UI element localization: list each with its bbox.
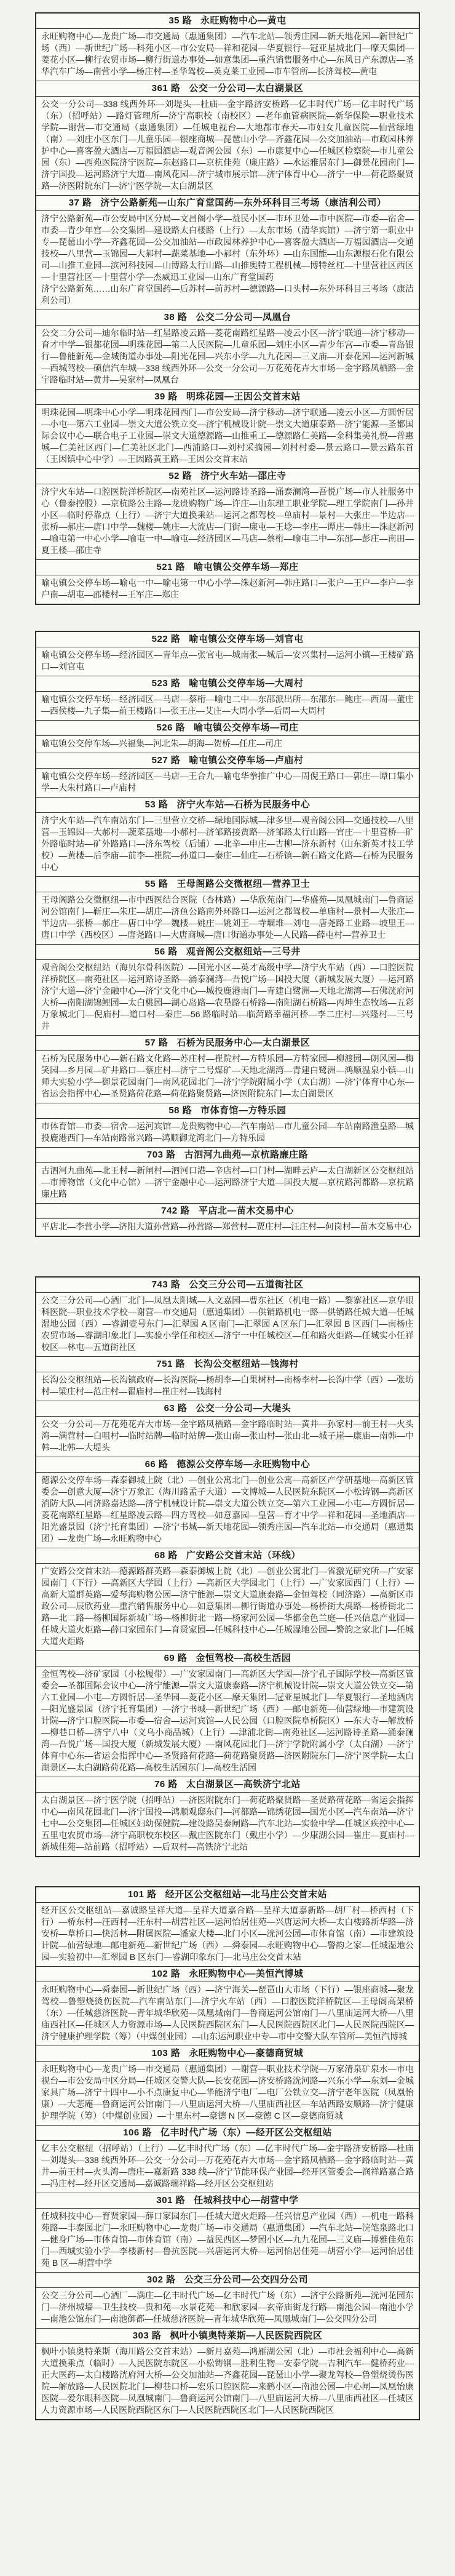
route-section: 68 路广安路公交首末站（环线）广安路公交首末站—德源路群英路—森泰御城上院（北… [36,1548,419,1651]
route-number: 303 路 [133,2330,162,2341]
stops-paragraph: 亿丰公交枢纽（招呼站）（上行）—亿丰时代广场（东）—亿丰时代广场—金宇路济安桥路… [41,2143,414,2190]
route-name: 公交二分公司—凤凰台 [196,312,291,322]
route-header: 521 路喻屯镇公交停车场—郑庄 [36,560,419,575]
route-header: 55 路王母阁路公交微枢纽—营养卫士 [36,877,419,892]
route-header: 52 路济宁火车站—邵庄寺 [36,469,419,484]
route-name: 永旺购物中心—黄屯 [200,15,287,26]
stops-paragraph: 喻屯镇公交停车场—兴福集—河北朱—胡海—贺桥—任庄—司庄 [41,738,414,750]
route-header: 35 路永旺购物中心—黄屯 [36,14,419,29]
route-number: 69 路 [164,1653,188,1663]
route-table-block: 743 路公交三分公司—五道街社区公交三分公司—心酒厂北门—凤凰太阳城—人文嘉园… [35,1276,420,1857]
stops-paragraph: 喻屯镇公交停车场—经济园区—青年点—张官屯—城南张—城后—安兴集村—运河小镇—王… [41,649,414,673]
route-header: 53 路济宁火车站—石桥为民服务中心 [36,798,419,813]
route-section: 57 路石桥为民服务中心—太白湖景区石桥为民服务中心—新石路文化路—苏庄村—崔院… [36,1036,419,1103]
route-name: 长沟公交枢纽站—钱海村 [194,1359,299,1369]
stops-paragraph: 喻屯镇公交停车场—经济园区—马店—王合九—喻屯华拳推广中心—周倪王路口—郭庄—谭… [41,770,414,794]
route-number: 57 路 [145,1038,168,1048]
stops-paragraph: 市体育馆—市委—宿舍—运河宾馆—龙贵购物中心—汽车南站—市儿童公园—车站南路渔皇… [41,1121,414,1144]
document-page: 35 路永旺购物中心—黄屯永旺购物中心—龙贵广场—市交通局（惠通集团）—汽车北站… [0,0,455,2576]
route-number: 751 路 [156,1359,185,1369]
route-stops: 永旺购物中心—龙贵广场—市交通局（惠通集团）—谢营—职业技术学院—万家清泉矿泉水… [36,2062,419,2125]
route-number: 523 路 [152,678,181,689]
route-name: 公交三分公司—公交四分公司 [184,2274,309,2285]
route-section: 53 路济宁火车站—石桥为民服务中心济宁火车站—汽车南站东门—三里营立交桥—绿地… [36,798,419,877]
route-section: 39 路明珠花园—王因公交首末站明珠花园—明珠中心小学—明珠花园西门—市公安局—… [36,390,419,469]
route-stops: 王母阁路公交微枢纽—市中西医结合医院（杏林路）—华欣苑南门—华盛苑—凤凰城南门—… [36,892,419,944]
route-number: 63 路 [164,1403,188,1414]
route-table-block: 101 路经开区公交枢纽站—北马庄公交首末站经开区公交枢纽站—嘉诚路呈祥大道—呈… [35,1886,420,2420]
route-section: 35 路永旺购物中心—黄屯永旺购物中心—龙贵广场—市交通局（惠通集团）—汽车北站… [36,14,419,81]
route-name: 金恒驾校—高校生活园 [196,1653,291,1663]
route-section: 103 路永旺购物中心—豪德商贸城永旺购物中心—龙贵广场—市交通局（惠通集团）—… [36,2046,419,2126]
stops-paragraph: 金恒驾校—济矿家园（小松履带）—广安家园南门—高新区大学园—济宁孔子国际学校—高… [41,1668,414,1774]
stops-paragraph: 任城科技中心—育贤家园—薛口家园东门—任城大道火炬路—任兴信息产业园（西）—机电… [41,2210,414,2269]
route-header: 361 路公交一分公司—太白湖景区 [36,81,419,97]
route-number: 703 路 [147,1150,176,1160]
route-number: 106 路 [123,2127,152,2138]
stops-paragraph: 枫叶小镇奥特莱斯（海川路公交首末站）—新月嘉苑—鸿雁湖公园（北）—市社会福利中心… [41,2346,414,2416]
route-section: 63 路公交一分公司—大堤头公交一分公司—万花苑花卉大市场—金宇路凤栖路—金宇路… [36,1401,419,1457]
route-number: 742 路 [161,1206,190,1216]
route-stops: 喻屯镇公交停车场—经济园区—马店—王合九—喻屯华拳推广中心—周倪王路口—郭庄—谭… [36,769,419,797]
route-section: 522 路喻屯镇公交停车场—刘官屯喻屯镇公交停车场—经济园区—青年点—张官屯—城… [36,632,419,676]
route-stops: 太白湖景区—济宁医学院（招呼站）—济医附院东门—荷花路聚贤路—圣贤路荷花路—省运… [36,1793,419,1856]
route-section: 37 路济宁公路新苑—山东广育堂国药—东外环科目三考场（康洁利公司）济宁公路新苑… [36,196,419,310]
route-name: 公交三分公司—五道街社区 [189,1279,303,1290]
route-section: 743 路公交三分公司—五道街社区公交三分公司—心酒厂北门—凤凰太阳城—人文嘉园… [36,1278,419,1357]
route-header: 302 路公交三分公司—公交四分公司 [36,2273,419,2288]
route-header: 742 路平店北—苗木交易中心 [36,1204,419,1219]
stops-paragraph: 广安路公交首末站—德源路群英路—森泰御城上院（北）—创业公寓北门—省激光研究所—… [41,1566,414,1647]
route-header: 522 路喻屯镇公交停车场—刘官屯 [36,632,419,647]
route-section: 69 路金恒驾校—高校生活园金恒驾校—济矿家园（小松履带）—广安家园南门—高新区… [36,1651,419,1777]
stops-paragraph: 石桥为民服务中心—新石路文化路—苏庄村—崔院村—方特乐园—方特家园—柳渡园—朗风… [41,1053,414,1100]
stops-paragraph: 喻屯镇公交停车场—喻屯一中—喻屯第一中心小学—洙赵新河—韩庄路口—张户—王户—李… [41,577,414,601]
stops-paragraph: 喻屯镇公交停车场—经济园区—马店—蔡桁—喻屯二中—东邵派出所—东邵东—鲍庄—西周… [41,694,414,717]
route-number: 39 路 [154,391,178,402]
route-section: 66 路德源公交停车场—永旺购物中心德源公交停车场—森泰御城上院（北）—创业公寓… [36,1457,419,1548]
route-name: 太白湖景区—高铁济宁北站 [186,1779,301,1790]
route-section: 52 路济宁火车站—邵庄寺济宁火车站—口腔医院洋桥院区—南苑社区—运河路诗圣路—… [36,469,419,560]
route-number: 526 路 [156,722,185,733]
stops-paragraph: 济宁火车站—汽车南站东门—三里营立交桥—绿地国际城—津多里—观音阁公园—交通技校… [41,815,414,873]
stops-paragraph: 公交二分公司—迪尔临时站—红星路凌云路—菱花南路红星路—凌云小区—济宁联通—济宁… [41,327,414,386]
stops-paragraph: 济宁火车站—口腔医院洋桥院区—南苑社区—运河路诗圣路—涌泰澜湾—吾悦广场—市人社… [41,486,414,556]
route-number: 522 路 [152,634,181,644]
route-number: 743 路 [152,1279,181,1290]
route-name: 喻屯镇公交停车场—刘官屯 [189,634,303,644]
route-table-block: 522 路喻屯镇公交停车场—刘官屯喻屯镇公交停车场—经济园区—青年点—张官屯—城… [35,631,420,1237]
route-stops: 公交二分公司—迪尔临时站—红星路凌云路—菱花南路红星路—凌云小区—济宁联通—济宁… [36,326,419,389]
stops-paragraph: 德源公交停车场—森泰御城上院（北）—创业公寓北门—创业公寓—高新区产学研基地—高… [41,1474,414,1545]
route-header: 37 路济宁公路新苑—山东广育堂国药—东外环科目三考场（康洁利公司） [36,196,419,211]
route-header: 102 路永旺购物中心—美恒汽博城 [36,1967,419,1982]
route-stops: 济宁火车站—汽车南站东门—三里营立交桥—绿地国际城—津多里—观音阁公园—交通技校… [36,813,419,876]
route-stops: 古泗河九曲苑—北王村—新闸村—泗河口港—辛店村—口门村—湖畔云庐—太白湖新区公交… [36,1163,419,1203]
route-name: 永旺购物中心—美恒汽博城 [189,1969,303,1979]
route-header: 63 路公交一分公司—大堤头 [36,1401,419,1417]
route-section: 38 路公交二分公司—凤凰台公交二分公司—迪尔临时站—红星路凌云路—菱花南路红星… [36,310,419,390]
route-stops: 公交一分公司—万花苑花卉大市场—金宇路凤栖路—金宇路临时站—黄井—孙家村—前王村… [36,1417,419,1457]
stops-paragraph: 王母阁路公交微枢纽—市中西医结合医院（杏林路）—华欣苑南门—华盛苑—凤凰城南门—… [41,894,414,941]
route-stops: 公交三分公司—心酒厂—满庄—亿丰时代广场—亿丰时代广场（东）—济宁公路新苑—洸河… [36,2288,419,2328]
route-header: 58 路市体育馆—方特乐园 [36,1103,419,1119]
route-name: 任城科技中心—胡营中学 [194,2195,299,2206]
route-name: 永旺购物中心—豪德商贸城 [189,2048,303,2058]
route-header: 526 路喻屯镇公交停车场—司庄 [36,721,419,736]
route-header: 106 路亿丰时代广场（东）—经开区公交枢纽站 [36,2126,419,2141]
route-name: 济宁公路新苑—山东广育堂国药—东外环科目三考场（康洁利公司） [100,198,386,208]
route-name: 枫叶小镇奥特莱斯—人民医院西院区 [170,2330,322,2341]
stops-paragraph: 公交一分公司—万花苑花卉大市场—金宇路凤栖路—金宇路临时站—黄井—孙家村—前王村… [41,1418,414,1454]
route-name: 喻屯镇公交停车场—卢庙村 [189,755,303,766]
route-header: 751 路长沟公交枢纽站—钱海村 [36,1357,419,1372]
route-number: 102 路 [152,1969,181,1979]
route-name: 经开区公交枢纽站—北马庄公交首末站 [165,1889,328,1900]
route-section: 703 路古泗河九曲苑—京杭路廉庄路古泗河九曲苑—北王村—新闸村—泗河口港—辛店… [36,1148,419,1204]
route-number: 55 路 [145,879,168,889]
route-header: 39 路明珠花园—王因公交首末站 [36,390,419,405]
route-number: 56 路 [154,946,178,957]
route-header: 56 路观音阁公交枢纽站—三号井 [36,945,419,960]
route-stops: 喻屯镇公交停车场—喻屯一中—喻屯第一中心小学—洙赵新河—韩庄路口—张户—王户—李… [36,575,419,604]
route-header: 527 路喻屯镇公交停车场—卢庙村 [36,753,419,769]
route-stops: 德源公交停车场—森泰御城上院（北）—创业公寓北门—创业公寓—高新区产学研基地—高… [36,1473,419,1548]
route-name: 王母阁路公交微枢纽—营养卫士 [176,879,310,889]
stops-paragraph: 明珠花园—明珠中心小学—明珠花园西门—市公安局—济宁移动—济宁联通—凌云小区—方… [41,407,414,465]
route-number: 361 路 [152,83,181,94]
route-name: 公交一分公司—大堤头 [196,1403,291,1414]
route-section: 58 路市体育馆—方特乐园市体育馆—市委—宿舍—运河宾馆—龙贵购物中心—汽车南站… [36,1103,419,1148]
route-name: 济宁火车站—邵庄寺 [200,471,287,481]
stops-paragraph: 经开区公交枢纽站—嘉诚路呈祥大道—呈祥大道嘉合路—呈祥大道嘉新路—胡厂村—桥西村… [41,1905,414,1963]
route-name: 广安路公交首末站（环线） [186,1550,301,1561]
stops-paragraph: 永旺购物中心—龙贵广场—市交通局（惠通集团）—谢营—职业技术学院—万家清泉矿泉水… [41,2063,414,2122]
route-header: 66 路德源公交停车场—永旺购物中心 [36,1457,419,1473]
route-section: 521 路喻屯镇公交停车场—郑庄喻屯镇公交停车场—喻屯一中—喻屯第一中心小学—洙… [36,560,419,604]
route-name: 亿丰时代广场（东）—经开区公交枢纽站 [160,2127,332,2138]
route-stops: 济宁公路新苑—市公安局中区分局—文昌阁小学—益民小区—市环卫处—市中医院—市委—… [36,211,419,310]
route-header: 38 路公交二分公司—凤凰台 [36,310,419,326]
route-number: 302 路 [147,2274,176,2285]
route-stops: 明珠花园—明珠中心小学—明珠花园西门—市公安局—济宁移动—济宁联通—凌云小区—方… [36,405,419,468]
stops-paragraph: 永旺购物中心—龙贵广场—市交通局（惠通集团）—汽车北站—领秀庄园—新天地花园—新… [41,31,414,78]
route-stops: 永旺购物中心—龙贵广场—市交通局（惠通集团）—汽车北站—领秀庄园—新天地花园—新… [36,29,419,81]
route-name: 平店北—苗木交易中心 [199,1206,294,1216]
stops-paragraph: 观音阁公交枢纽站（海贝尔骨科医院）—国光小区—英才高级中学—济宁火车站（西）—口… [41,962,414,1032]
stops-paragraph: 永旺购物中心—舜泰园—新世纪广场（西）—济宁海关—琵琶山大市场（下行）—银座商城… [41,1984,414,2042]
route-section: 523 路喻屯镇公交停车场—大周村喻屯镇公交停车场—经济园区—马店—蔡桁—喻屯二… [36,676,419,721]
route-stops: 喻屯镇公交停车场—经济园区—马店—蔡桁—喻屯二中—东邵派出所—东邵东—鲍庄—西周… [36,692,419,720]
route-header: 68 路广安路公交首末站（环线） [36,1548,419,1564]
route-section: 102 路永旺购物中心—美恒汽博城永旺购物中心—舜泰园—新世纪广场（西）—济宁海… [36,1967,419,2046]
route-section: 303 路枫叶小镇奥特莱斯—人民医院西院区枫叶小镇奥特莱斯（海川路公交首末站）—… [36,2329,419,2419]
route-stops: 任城科技中心—育贤家园—薛口家园东门—任城大道火炬路—任兴信息产业园（西）—机电… [36,2209,419,2272]
route-name: 喻屯镇公交停车场—大周村 [189,678,303,689]
route-section: 742 路平店北—苗木交易中心平店北—李营小学—济阳大道孙营路—孙营路—郑营村—… [36,1204,419,1236]
route-number: 527 路 [152,755,181,766]
route-stops: 观音阁公交枢纽站（海贝尔骨科医院）—国光小区—英才高级中学—济宁火车站（西）—口… [36,960,419,1035]
route-number: 301 路 [156,2195,185,2206]
route-stops: 喻屯镇公交停车场—兴福集—河北朱—胡海—贺桥—任庄—司庄 [36,736,419,753]
route-header: 101 路经开区公交枢纽站—北马庄公交首末站 [36,1887,419,1903]
route-section: 301 路任城科技中心—胡营中学任城科技中心—育贤家园—薛口家园东门—任城大道火… [36,2193,419,2273]
route-section: 56 路观音阁公交枢纽站—三号井观音阁公交枢纽站（海贝尔骨科医院）—国光小区—英… [36,945,419,1036]
route-number: 101 路 [128,1889,157,1900]
route-tables-container: 35 路永旺购物中心—黄屯永旺购物中心—龙贵广场—市交通局（惠通集团）—汽车北站… [35,12,420,2420]
route-number: 103 路 [152,2048,181,2058]
stops-paragraph: 古泗河九曲苑—北王村—新闸村—泗河口港—辛店村—口门村—湖畔云庐—太白湖新区公交… [41,1165,414,1200]
route-header: 303 路枫叶小镇奥特莱斯—人民医院西院区 [36,2329,419,2344]
route-number: 53 路 [145,799,168,810]
stops-paragraph: 太白湖景区—济宁医学院（招呼站）—济医附院东门—荷花路聚贤路—圣贤路荷花路—省运… [41,1794,414,1853]
route-header: 301 路任城科技中心—胡营中学 [36,2193,419,2209]
route-section: 101 路经开区公交枢纽站—北马庄公交首末站经开区公交枢纽站—嘉诚路呈祥大道—呈… [36,1887,419,1967]
route-stops: 经开区公交枢纽站—嘉诚路呈祥大道—呈祥大道嘉合路—呈祥大道嘉新路—胡厂村—桥西村… [36,1903,419,1966]
route-stops: 亿丰公交枢纽（招呼站）（上行）—亿丰时代广场（东）—亿丰时代广场—金宇路济安桥路… [36,2141,419,2193]
route-table-block: 35 路永旺购物中心—黄屯永旺购物中心—龙贵广场—市交通局（惠通集团）—汽车北站… [35,12,420,605]
stops-paragraph: 长沟公交枢纽站—长沟镇政府—长沟医院—杨胡李—白果树村—南杨李村—长沟中学（西）… [41,1374,414,1398]
route-stops: 市体育馆—市委—宿舍—运河宾馆—龙贵购物中心—汽车南站—市儿童公园—车站南路渔皇… [36,1119,419,1147]
route-number: 68 路 [154,1550,178,1561]
route-header: 76 路太白湖景区—高铁济宁北站 [36,1777,419,1793]
stops-paragraph: 公交三分公司—心酒厂北门—凤凰太阳城—人文嘉园—曹东社区（机电一路）—黎寨社区—… [41,1295,414,1353]
stops-paragraph: 平店北—李营小学—济阳大道孙营路—孙营路—郑营村—贾庄村—汪庄村—何岗村—苗木交… [41,1221,414,1233]
route-number: 521 路 [156,562,185,572]
route-number: 58 路 [168,1105,192,1116]
stops-paragraph: 公交三分公司—心酒厂—满庄—亿丰时代广场—亿丰时代广场（东）—济宁公路新苑—洸河… [41,2290,414,2325]
route-stops: 公交三分公司—心酒厂北门—凤凰太阳城—人文嘉园—曹东社区（机电一路）—黎寨社区—… [36,1293,419,1356]
route-name: 喻屯镇公交停车场—司庄 [194,722,299,733]
route-number: 37 路 [69,198,92,208]
route-name: 济宁火车站—石桥为民服务中心 [176,799,310,810]
route-number: 35 路 [168,15,192,26]
route-name: 石桥为民服务中心—太白湖景区 [176,1038,310,1048]
route-name: 古泗河九曲苑—京杭路廉庄路 [184,1150,309,1160]
route-stops: 永旺购物中心—舜泰园—新世纪广场（西）—济宁海关—琵琶山大市场（下行）—银座商城… [36,1982,419,2046]
route-stops: 长沟公交枢纽站—长沟镇政府—长沟医院—杨胡李—白果树村—南杨李村—长沟中学（西）… [36,1372,419,1401]
route-section: 76 路太白湖景区—高铁济宁北站太白湖景区—济宁医学院（招呼站）—济医附院东门—… [36,1777,419,1856]
route-name: 喻屯镇公交停车场—郑庄 [194,562,299,572]
route-section: 106 路亿丰时代广场（东）—经开区公交枢纽站亿丰公交枢纽（招呼站）（上行）—亿… [36,2126,419,2193]
route-stops: 金恒驾校—济矿家园（小松履带）—广安家园南门—高新区大学园—济宁孔子国际学校—高… [36,1666,419,1777]
route-header: 523 路喻屯镇公交停车场—大周村 [36,676,419,692]
route-section: 527 路喻屯镇公交停车场—卢庙村喻屯镇公交停车场—经济园区—马店—王合九—喻屯… [36,753,419,798]
route-stops: 广安路公交首末站—德源路群英路—森泰御城上院（北）—创业公寓北门—省激光研究所—… [36,1564,419,1650]
route-header: 743 路公交三分公司—五道街社区 [36,1278,419,1293]
route-section: 55 路王母阁路公交微枢纽—营养卫士王母阁路公交微枢纽—市中西医结合医院（杏林路… [36,877,419,945]
stops-paragraph: 济宁公路新苑—市公安局中区分局—文昌阁小学—益民小区—市环卫处—市中医院—市委—… [41,213,414,283]
route-header: 703 路古泗河九曲苑—京杭路廉庄路 [36,1148,419,1163]
route-number: 76 路 [154,1779,178,1790]
route-header: 103 路永旺购物中心—豪德商贸城 [36,2046,419,2062]
route-header: 69 路金恒驾校—高校生活园 [36,1651,419,1666]
route-stops: 公交一分公司—338 线西外环—刘堤头—杜庙—金宇路济安桥路—亿丰时代广场—亿丰… [36,97,419,195]
route-stops: 石桥为民服务中心—新石路文化路—苏庄村—崔院村—方特乐园—方特家园—柳渡园—朗风… [36,1051,419,1103]
route-number: 66 路 [145,1459,168,1470]
route-stops: 济宁火车站—口腔医院洋桥院区—南苑社区—运河路诗圣路—涌泰澜湾—吾悦广场—市人社… [36,484,419,559]
route-number: 52 路 [168,471,192,481]
route-name: 观音阁公交枢纽站—三号井 [186,946,301,957]
route-name: 德源公交停车场—永旺购物中心 [176,1459,310,1470]
route-stops: 喻屯镇公交停车场—经济园区—青年点—张官屯—城南张—城后—安兴集村—运河小镇—王… [36,647,419,676]
route-name: 市体育馆—方特乐园 [200,1105,287,1116]
stops-paragraph: 公交一分公司—338 线西外环—刘堤头—杜庙—金宇路济安桥路—亿丰时代广场—亿丰… [41,98,414,192]
route-name: 公交一分公司—太白湖景区 [189,83,303,94]
stops-paragraph: 济宁公路新苑……山东广育堂国药—后苏村—前苏村—德源路—口头村—东外环科目三考场… [41,283,414,306]
route-header: 57 路石桥为民服务中心—太白湖景区 [36,1036,419,1051]
route-section: 361 路公交一分公司—太白湖景区公交一分公司—338 线西外环—刘堤头—杜庙—… [36,81,419,196]
route-number: 38 路 [164,312,188,322]
route-stops: 枫叶小镇奥特莱斯（海川路公交首末站）—新月嘉苑—鸿雁湖公园（北）—市社会福利中心… [36,2344,419,2419]
route-section: 526 路喻屯镇公交停车场—司庄喻屯镇公交停车场—兴福集—河北朱—胡海—贺桥—任… [36,721,419,753]
route-section: 302 路公交三分公司—公交四分公司公交三分公司—心酒厂—满庄—亿丰时代广场—亿… [36,2273,419,2329]
route-stops: 平店北—李营小学—济阳大道孙营路—孙营路—郑营村—贾庄村—汪庄村—何岗村—苗木交… [36,1219,419,1236]
route-section: 751 路长沟公交枢纽站—钱海村长沟公交枢纽站—长沟镇政府—长沟医院—杨胡李—白… [36,1357,419,1401]
route-name: 明珠花园—王因公交首末站 [186,391,301,402]
